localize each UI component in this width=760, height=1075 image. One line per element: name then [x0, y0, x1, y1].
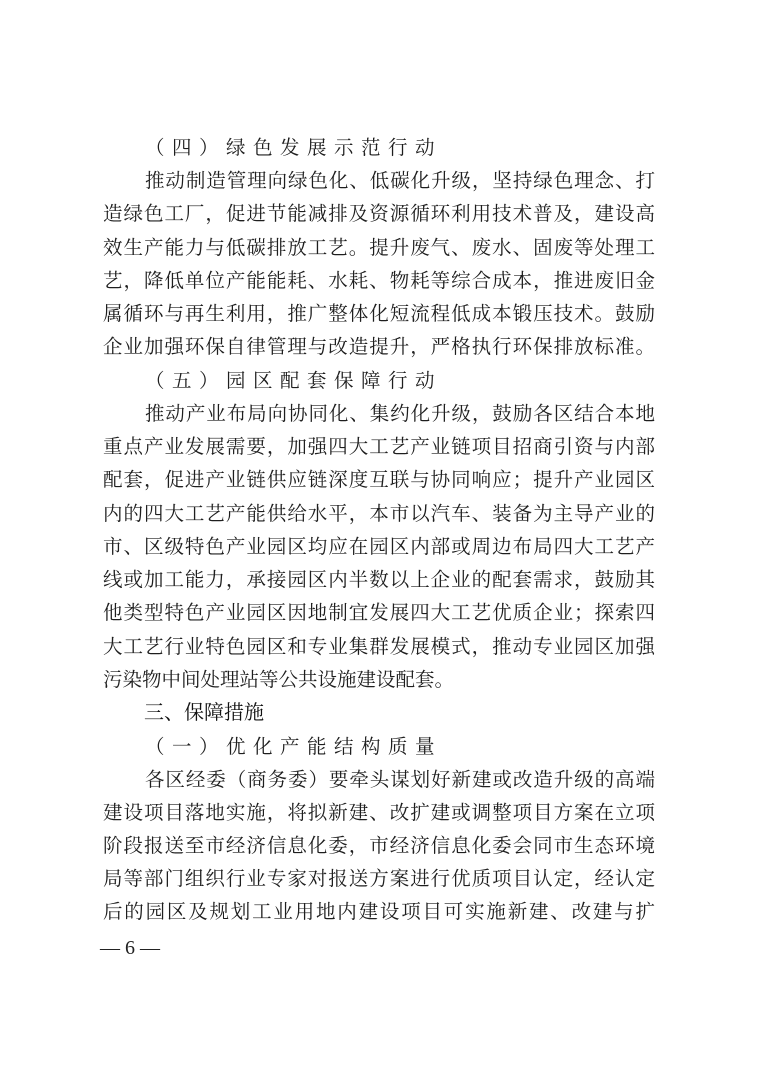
paragraph-line: 内的四大工艺产能供给水平，本市以汽车、装备为主导产业的 — [103, 497, 655, 530]
section-heading-safeguards: 三、保障措施 — [144, 696, 264, 729]
paragraph-line: 属循环与再生利用，推广整体化短流程低成本锻压技术。鼓励 — [103, 297, 655, 330]
paragraph-line: 造绿色工厂，促进节能减排及资源循环利用技术普及，建设高 — [103, 197, 655, 230]
paragraph-line: 重点产业发展需要，加强四大工艺产业链项目招商引资与内部 — [103, 430, 655, 463]
paragraph-line: 推动制造管理向绿色化、低碳化升级，坚持绿色理念、打 — [145, 164, 655, 197]
document-page: （四）绿色发展示范行动 推动制造管理向绿色化、低碳化升级，坚持绿色理念、打 造绿… — [0, 0, 760, 1075]
subsection-heading-capacity-structure: （一）优化产能结构质量 — [145, 730, 442, 763]
paragraph-line: 局等部门组织行业专家对报送方案进行优质项目认定，经认定 — [103, 862, 655, 895]
paragraph-line: 艺，降低单位产能能耗、水耗、物耗等综合成本，推进废旧金 — [103, 264, 655, 297]
subsection-heading-park-support: （五）园区配套保障行动 — [145, 364, 442, 397]
paragraph-line: 市、区级特色产业园区均应在园区内部或周边布局四大工艺产 — [103, 530, 655, 563]
paragraph-line: 大工艺行业特色园区和专业集群发展模式，推动专业园区加强 — [103, 630, 655, 663]
paragraph-line: 线或加工能力，承接园区内半数以上企业的配套需求，鼓励其 — [103, 563, 655, 596]
paragraph-line: 建设项目落地实施，将拟新建、改扩建或调整项目方案在立项 — [103, 796, 655, 829]
paragraph-line: 阶段报送至市经济信息化委，市经济信息化委会同市生态环境 — [103, 829, 655, 862]
paragraph-line: 效生产能力与低碳排放工艺。提升废气、废水、固废等处理工 — [103, 231, 655, 264]
paragraph-line: 他类型特色产业园区因地制宜发展四大工艺优质企业；探索四 — [103, 596, 655, 629]
paragraph-line: 污染物中间处理站等公共设施建设配套。 — [103, 663, 655, 696]
subsection-heading-green-development: （四）绿色发展示范行动 — [145, 131, 442, 164]
paragraph-line: 推动产业布局向协同化、集约化升级，鼓励各区结合本地 — [145, 397, 655, 430]
paragraph-line: 各区经委（商务委）要牵头谋划好新建或改造升级的高端 — [145, 763, 655, 796]
paragraph-line: 配套，促进产业链供应链深度互联与协同响应；提升产业园区 — [103, 463, 655, 496]
paragraph-line: 后的园区及规划工业用地内建设项目可实施新建、改建与扩 — [103, 895, 655, 928]
paragraph-line: 企业加强环保自律管理与改造提升，严格执行环保排放标准。 — [103, 330, 655, 363]
page-number: — 6 — — [100, 937, 160, 960]
